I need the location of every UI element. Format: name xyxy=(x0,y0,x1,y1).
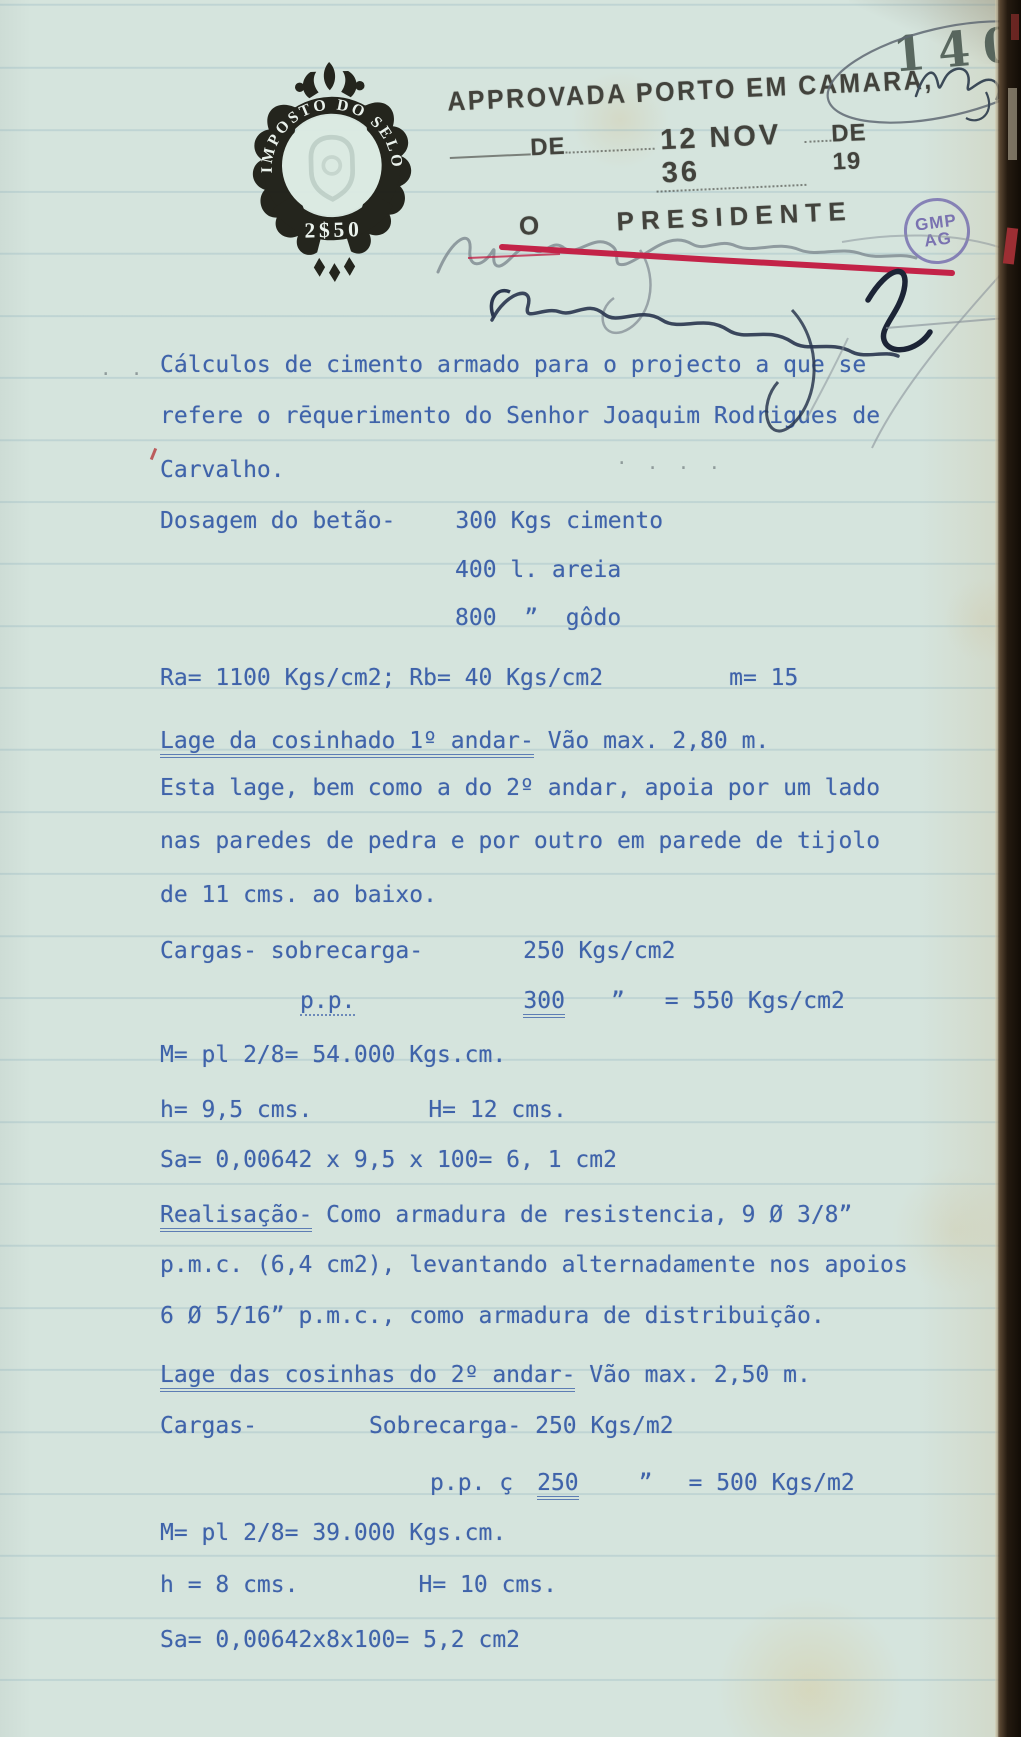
typed-segment: nas paredes de pedra e por outro em pare… xyxy=(160,828,880,854)
typed-segment: = 500 Kgs/m2 xyxy=(689,1470,855,1496)
typed-segment: H= 12 cms. xyxy=(428,1097,566,1123)
typed-line-15: h= 9,5 cms.H= 12 cms. xyxy=(160,1097,567,1123)
typed-segment: ” xyxy=(611,988,625,1014)
typed-line-12: Cargas- sobrecarga-250 Kgs/cm2 xyxy=(160,938,675,964)
typed-line-21: Cargas-Sobrecarga- 250 Kgs/m2 xyxy=(160,1413,674,1439)
margin-mark-1: . . xyxy=(100,358,146,380)
typed-segment: Ra= 1100 Kgs/cm2; Rb= 40 Kgs/cm2 xyxy=(160,665,603,691)
typed-line-2: refere o rēquerimento do Senhor Joaquim … xyxy=(160,403,880,429)
typed-segment: Vão max. 2,80 m. xyxy=(534,728,769,754)
typed-segment: H= 10 cms. xyxy=(418,1572,556,1598)
typed-line-25: Sa= 0,00642x8x100= 5,2 cm2 xyxy=(160,1627,520,1653)
typed-segment: 300 xyxy=(523,988,565,1018)
scanned-document-page: IMPOSTO DO SELO 2$50 APPROVADA PORTO EM … xyxy=(0,0,1021,1737)
typed-segment: Carvalho. xyxy=(160,457,285,483)
typed-segment: m= 15 xyxy=(729,665,798,691)
typed-line-22: p.p. ç250”= 500 Kgs/m2 xyxy=(430,1470,855,1496)
underlying-page-sliver xyxy=(1008,88,1017,160)
typed-segment: 250 xyxy=(537,1470,579,1500)
typed-segment: Realisação- xyxy=(160,1202,312,1232)
typed-segment: ” xyxy=(639,1470,653,1496)
typed-segment: p.m.c. (6,4 cm2), levantando alternadame… xyxy=(160,1252,908,1278)
typed-line-16: Sa= 0,00642 x 9,5 x 100= 6, 1 cm2 xyxy=(160,1147,617,1173)
red-corner-mark xyxy=(1011,14,1019,40)
typed-segment: 250 Kgs/cm2 xyxy=(523,938,675,964)
typed-line-14: M= pl 2/8= 54.000 Kgs.cm. xyxy=(160,1042,506,1068)
typed-segment: = 550 Kgs/cm2 xyxy=(665,988,845,1014)
typed-segment: h= 9,5 cms. xyxy=(160,1097,312,1123)
typed-segment: M= pl 2/8= 39.000 Kgs.cm. xyxy=(160,1520,506,1546)
typed-line-9: Esta lage, bem como a do 2º andar, apoia… xyxy=(160,775,880,801)
typed-segment: 800 ” gôdo xyxy=(455,605,621,631)
red-edge-mark xyxy=(1003,227,1018,264)
typed-line-3: Carvalho. xyxy=(160,457,285,483)
typewritten-text-block: Cálculos de cimento armado para o projec… xyxy=(0,0,1021,1737)
typed-segment: Dosagem do betão- xyxy=(160,508,395,534)
typed-segment: Como armadura de resistencia, 9 Ø 3/8” xyxy=(312,1202,852,1228)
typed-line-19: 6 Ø 5/16” p.m.c., como armadura de distr… xyxy=(160,1303,825,1329)
typed-line-13: p.p.300”= 550 Kgs/cm2 xyxy=(300,988,845,1014)
typed-segment: de 11 cms. ao baixo. xyxy=(160,882,437,908)
typed-segment: 6 Ø 5/16” p.m.c., como armadura de distr… xyxy=(160,1303,825,1329)
typed-line-20: Lage das cosinhas do 2º andar- Vão max. … xyxy=(160,1362,811,1388)
typed-segment: Vão max. 2,50 m. xyxy=(575,1362,810,1388)
typed-line-1: Cálculos de cimento armado para o projec… xyxy=(160,352,866,378)
typed-segment: Sa= 0,00642x8x100= 5,2 cm2 xyxy=(160,1627,520,1653)
typed-segment: p.p. xyxy=(300,988,355,1016)
page-edge-highlight xyxy=(995,0,998,1737)
typed-line-17: Realisação- Como armadura de resistencia… xyxy=(160,1202,852,1228)
typed-segment: 300 Kgs cimento xyxy=(455,508,663,534)
typed-segment: p.p. ç xyxy=(430,1470,513,1496)
margin-mark-2: · . . . xyxy=(616,452,724,474)
typed-segment: Sa= 0,00642 x 9,5 x 100= 6, 1 cm2 xyxy=(160,1147,617,1173)
typed-line-18: p.m.c. (6,4 cm2), levantando alternadame… xyxy=(160,1252,908,1278)
typed-segment: Esta lage, bem como a do 2º andar, apoia… xyxy=(160,775,880,801)
typed-line-24: h = 8 cms.H= 10 cms. xyxy=(160,1572,557,1598)
typed-line-5: 400 l. areia xyxy=(455,557,621,583)
typed-line-7: Ra= 1100 Kgs/cm2; Rb= 40 Kgs/cm2m= 15 xyxy=(160,665,798,691)
typed-segment: 400 l. areia xyxy=(455,557,621,583)
typed-segment: h = 8 cms. xyxy=(160,1572,298,1598)
typed-line-23: M= pl 2/8= 39.000 Kgs.cm. xyxy=(160,1520,506,1546)
typed-line-8: Lage da cosinhado 1º andar- Vão max. 2,8… xyxy=(160,728,769,754)
typed-segment: Lage da cosinhado 1º andar- xyxy=(160,728,534,758)
typed-line-11: de 11 cms. ao baixo. xyxy=(160,882,437,908)
typed-segment: refere o rēquerimento do Senhor Joaquim … xyxy=(160,403,880,429)
typed-line-4: Dosagem do betão-300 Kgs cimento xyxy=(160,508,663,534)
typed-segment: M= pl 2/8= 54.000 Kgs.cm. xyxy=(160,1042,506,1068)
typed-segment: Cargas- sobrecarga- xyxy=(160,938,423,964)
typed-segment: Cargas- xyxy=(160,1413,257,1439)
typed-segment: Cálculos de cimento armado para o projec… xyxy=(160,352,866,378)
scan-edge-strip xyxy=(995,0,1021,1737)
typed-segment: Lage das cosinhas do 2º andar- xyxy=(160,1362,575,1392)
typed-segment: Sobrecarga- 250 Kgs/m2 xyxy=(369,1413,674,1439)
typed-line-10: nas paredes de pedra e por outro em pare… xyxy=(160,828,880,854)
typed-line-6: 800 ” gôdo xyxy=(455,605,621,631)
